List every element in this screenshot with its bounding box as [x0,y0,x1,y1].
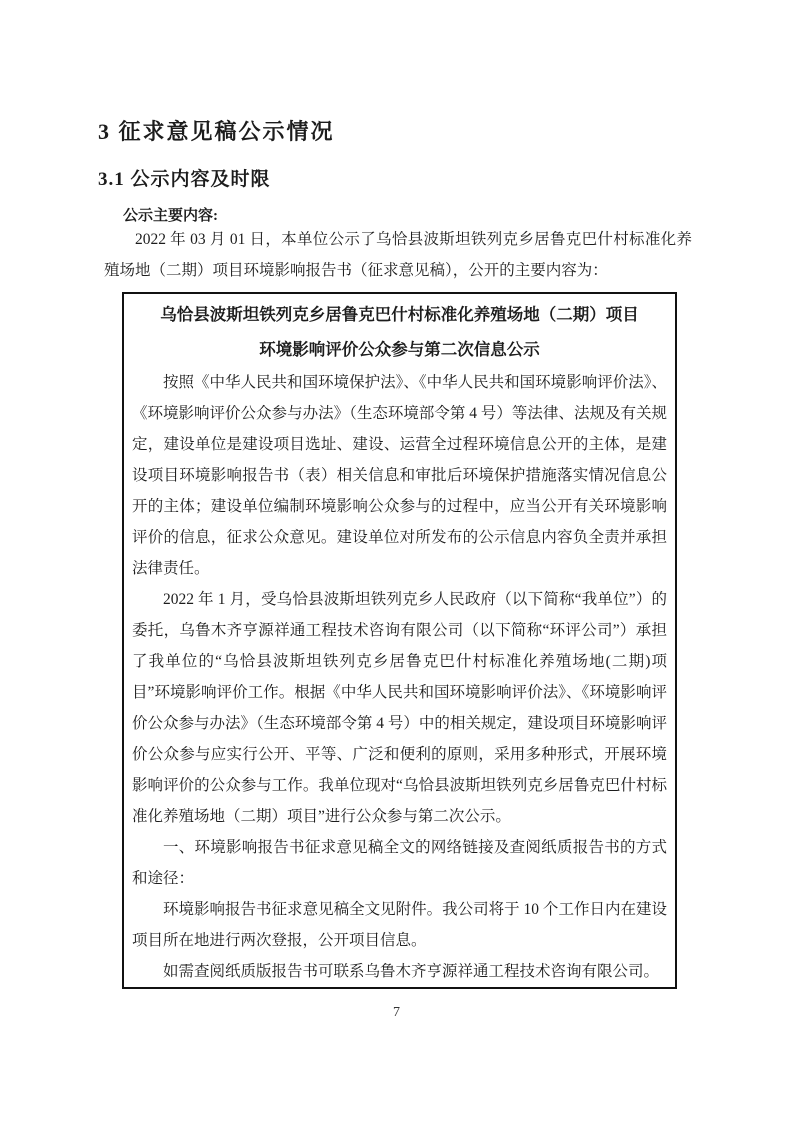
section-heading: 3 征求意见稿公示情况 [98,115,335,146]
subsection-heading: 3.1 公示内容及时限 [98,164,271,191]
notice-title-line-1: 乌恰县波斯坦铁列克乡居鲁克巴什村标准化养殖场地（二期）项目 [132,297,667,332]
notice-paragraph: 一、环境影响报告书征求意见稿全文的网络链接及查阅纸质报告书的方式和途径： [132,832,667,894]
notice-paragraph: 如需查阅纸质版报告书可联系乌鲁木齐亨源祥通工程技术咨询有限公司。 [132,956,667,987]
notice-title-line-2: 环境影响评价公众参与第二次信息公示 [132,332,667,367]
document-page: 3 征求意见稿公示情况 3.1 公示内容及时限 公示主要内容: 2022 年 0… [0,0,793,1122]
notice-paragraph: 2022 年 1 月，受乌恰县波斯坦铁列克乡人民政府（以下简称“我单位”）的委托… [132,584,667,832]
intro-paragraph: 2022 年 03 月 01 日，本单位公示了乌恰县波斯坦铁列克乡居鲁克巴什村标… [104,224,692,286]
notice-paragraph: 按照《中华人民共和国环境保护法》、《中华人民共和国环境影响评价法》、《环境影响评… [132,367,667,584]
notice-body: 按照《中华人民共和国环境保护法》、《中华人民共和国环境影响评价法》、《环境影响评… [132,367,667,987]
page-number: 7 [0,1005,793,1021]
public-notice-box: 乌恰县波斯坦铁列克乡居鲁克巴什村标准化养殖场地（二期）项目 环境影响评价公众参与… [122,292,677,989]
notice-paragraph: 环境影响报告书征求意见稿全文见附件。我公司将于 10 个工作日内在建设项目所在地… [132,894,667,956]
notice-content-label: 公示主要内容: [123,204,218,225]
